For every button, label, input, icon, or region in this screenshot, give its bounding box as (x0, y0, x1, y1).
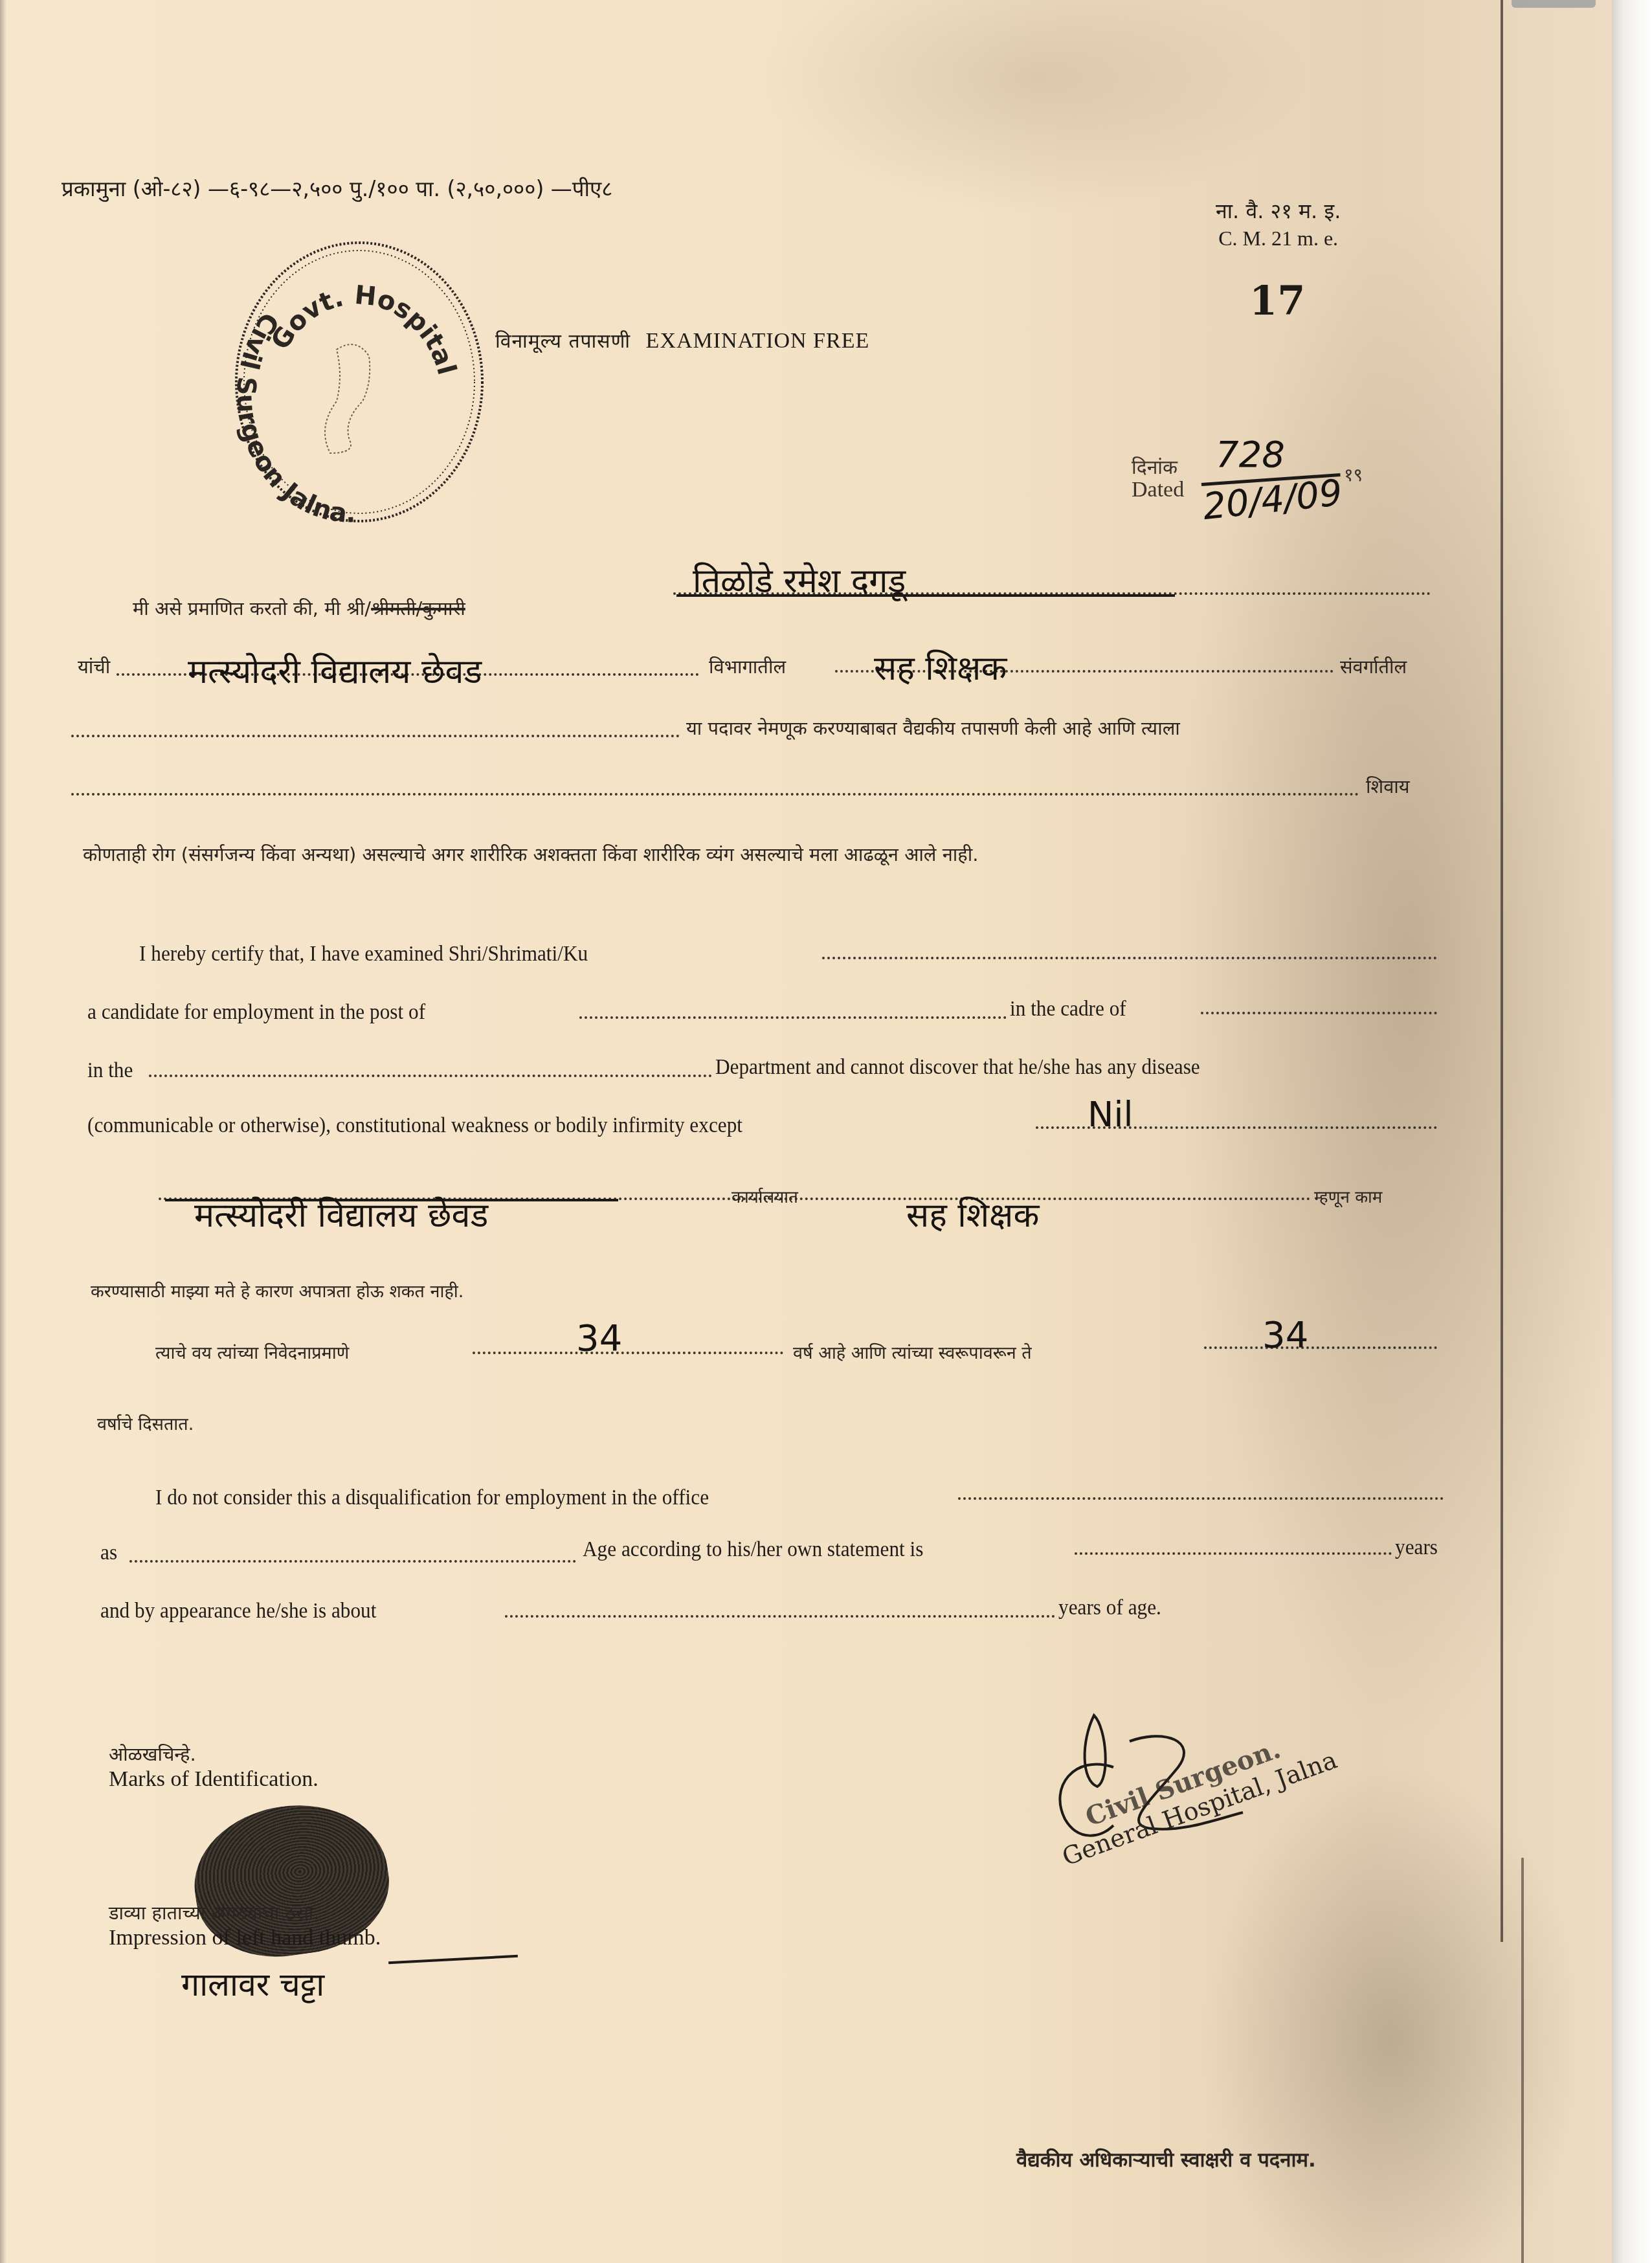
age-stated-dots (473, 1352, 783, 1354)
office-suffix: म्हणून काम (1314, 1185, 1382, 1208)
mr-line3: या पदावर नेमणूक करण्याबाबत वैद्यकीय तपास… (686, 715, 1180, 741)
serial-number: 17 (1249, 277, 1305, 324)
name-underline (676, 594, 1175, 597)
paper-left-edge (0, 0, 6, 2263)
en-cadre-dots (1201, 1012, 1437, 1014)
en-office-dots (958, 1497, 1444, 1500)
en-office-line2-prefix: as (100, 1541, 117, 1565)
id-label-marathi: ओळखचिन्हे. (109, 1741, 196, 1767)
en-office-line2-mid: Age according to his/her own statement i… (583, 1537, 923, 1562)
emblem-icon (325, 344, 370, 453)
printed-year-prefix: १९ (1344, 462, 1363, 487)
en-office-line3-suffix: years of age. (1058, 1596, 1161, 1620)
thumb-label-marathi: डाव्या हाताच्या अंगठ्याचा ठसा. (109, 1900, 320, 1925)
dated-label-english: Dated (1132, 478, 1184, 502)
mr-line2-prefix: यांची (78, 654, 110, 679)
except-field[interactable]: Nil (1088, 1094, 1133, 1135)
form-code-marathi: ना. वै. २१ म. इ. (1216, 197, 1341, 225)
mr-line2-suffix: संवर्गातील (1340, 654, 1407, 679)
age-appearance-dots (1204, 1346, 1437, 1349)
age-appearance-field[interactable]: 34 (1262, 1314, 1308, 1356)
office-line2: करण्यासाठी माझ्या मते हे कारण अपात्रता ह… (91, 1278, 463, 1302)
struck-title: श्रीमती/कुमारी (371, 597, 465, 619)
en-office-line3-prefix: and by appearance he/she is about (100, 1599, 376, 1623)
en-line2-prefix: a candidate for employment in the post o… (87, 1000, 425, 1025)
en-age-statement-dots (1075, 1552, 1392, 1555)
age-suffix: वर्षाचे दिसतात. (97, 1411, 194, 1435)
mr-line3-dots (71, 735, 680, 737)
en-office-line2-suffix: years (1395, 1535, 1438, 1560)
age-prefix: त्याचे वय त्यांच्या निवेदनाप्रमाणे (155, 1340, 349, 1364)
school-name-field[interactable]: मत्स्योदरी विद्यालय छेवड (188, 647, 482, 693)
exam-free-english: EXAMINATION FREE (646, 329, 870, 353)
office-post-field[interactable]: सह शिक्षक (906, 1191, 1039, 1237)
office-mid-label: कार्यालयात (731, 1185, 798, 1208)
dated-label-marathi: दिनांक (1132, 453, 1178, 480)
thumb-label-english: Impression of left hand thumb. (109, 1926, 381, 1950)
en-line2-mid: in the cadre of (1010, 997, 1126, 1021)
print-reference: प्रकामुना (ओ-८२) —६-९८—२,५०० पु./१०० पा.… (61, 173, 612, 203)
office-name-field[interactable]: मत्स्योदरी विद्यालय छेवड (194, 1191, 488, 1237)
tape-piece (1512, 0, 1596, 8)
en-dept-dots (149, 1075, 712, 1077)
examination-free-header: विनामूल्य तपासणी EXAMINATION FREE (495, 327, 869, 353)
age-stated-field[interactable]: 34 (576, 1317, 622, 1359)
reference-number: 728 (1216, 434, 1285, 476)
en-line3-prefix: in the (87, 1058, 133, 1083)
govt-hospital-seal: Govt. Hospital Civil Surgeon Jalna. (227, 233, 492, 531)
mr-line2-mid: विभागातील (709, 654, 786, 679)
en-line1: I hereby certify that, I have examined S… (139, 942, 588, 966)
seal-top-text: Govt. Hospital (265, 280, 462, 378)
signature-footer-label: वैद्यकीय अधिकाऱ्याची स्वाक्षरी व पदनाम. (1016, 2146, 1316, 2173)
mr-line1: मी असे प्रमाणित करतो की, मी श्री/श्रीमती… (133, 596, 465, 621)
post-field[interactable]: सह शिक्षक (874, 644, 1007, 690)
exam-free-marathi: विनामूल्य तपासणी (495, 330, 631, 353)
scanner-margin (1612, 0, 1652, 2263)
en-name-dots (822, 957, 1437, 959)
form-code-english: C. M. 21 m. e. (1216, 225, 1341, 252)
en-office-line1: I do not consider this a disqualificatio… (155, 1486, 709, 1510)
mr-line4-dots (71, 793, 1359, 796)
identification-mark-field[interactable]: गालावर चट्टा (181, 1961, 324, 2005)
fold-crease (1501, 0, 1503, 1942)
age-mid: वर्ष आहे आणि त्यांच्या स्वरूपावरून ते (793, 1340, 1032, 1364)
en-line4-prefix: (communicable or otherwise), constitutio… (87, 1113, 742, 1138)
mr-line5: कोणताही रोग (संसर्गजन्य किंवा अन्यथा) अस… (83, 842, 978, 867)
mr-line4: शिवाय (1366, 774, 1410, 799)
id-label-english: Marks of Identification. (109, 1767, 318, 1792)
en-appearance-dots (505, 1615, 1055, 1618)
svg-text:Govt. Hospital: Govt. Hospital (265, 280, 462, 378)
en-as-dots (129, 1560, 576, 1563)
form-code: ना. वै. २१ म. इ. C. M. 21 m. e. (1216, 197, 1341, 252)
en-post-dots (579, 1016, 1007, 1019)
en-line3-suffix: Department and cannot discover that he/s… (715, 1055, 1200, 1080)
fold-crease-lower (1521, 1858, 1524, 2263)
